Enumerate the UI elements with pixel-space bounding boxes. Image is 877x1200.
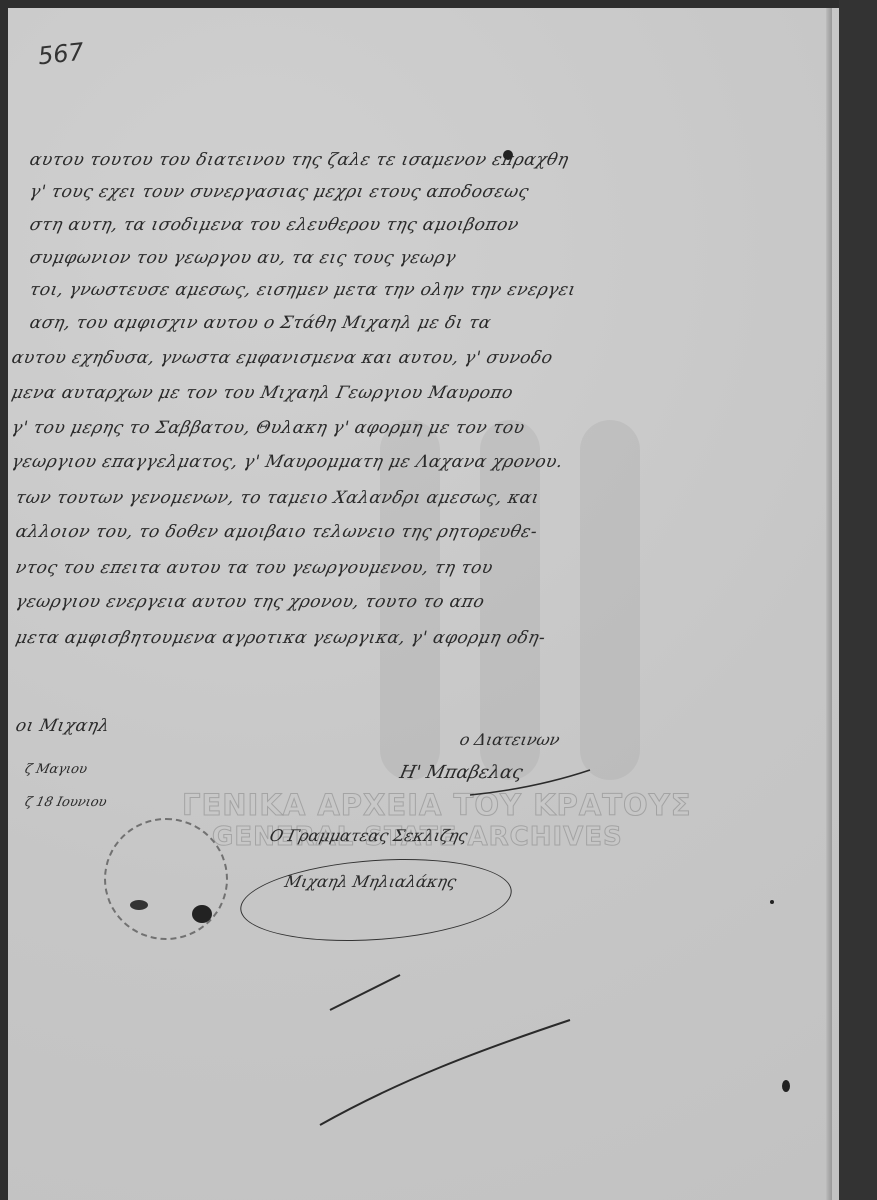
diagonal-pen-strokes bbox=[0, 0, 877, 1200]
